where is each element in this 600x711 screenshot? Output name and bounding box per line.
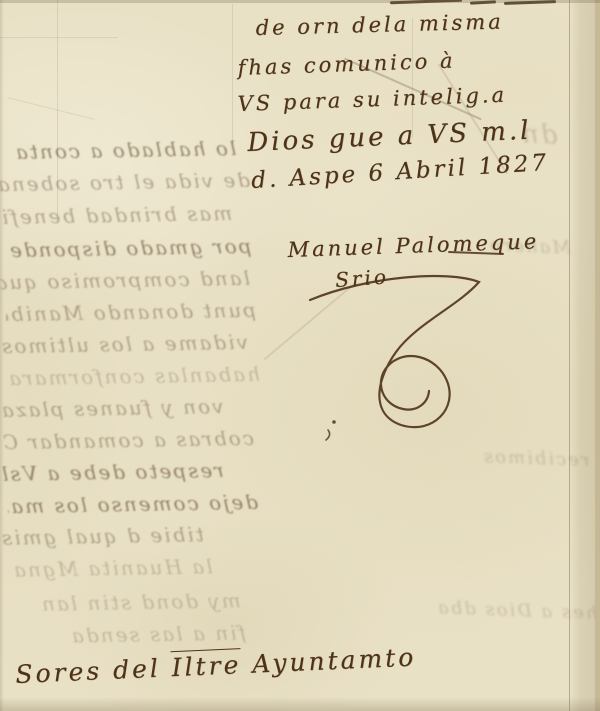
page-bottom-edge-shadow	[0, 697, 600, 711]
page-left-edge-shadow	[0, 0, 4, 711]
paper-crease	[232, 4, 233, 144]
bleedthrough-line: la Huanita Mgna	[12, 554, 213, 581]
bleedthrough-line: mas brindad benefi	[0, 201, 232, 229]
bleedthrough-line: my dond stin lan	[40, 588, 241, 615]
page-right-edge	[595, 0, 600, 711]
bleedthrough-line: por gmado disponde	[8, 234, 252, 262]
page-top-edge-shadow	[0, 0, 600, 3]
letter-body-line: fhas comunico à	[237, 48, 456, 80]
bleedthrough-line: lo hablado a conta	[14, 136, 237, 164]
bleedthrough-line: habanlas conformara	[10, 362, 260, 390]
footer-address-pre: Sores del	[15, 653, 173, 689]
letter-body-line: de orn dela misma	[255, 10, 504, 40]
letter-dateline: d. Aspe 6 Abril 1827	[250, 150, 549, 194]
manuscript-scan-page: lo hablado a conta de vida el tro sobena…	[0, 0, 600, 711]
footer-address-line: Sores del Iltre Ayuntamto	[15, 643, 417, 689]
letter-valediction: Dios gue a VS m.l	[247, 116, 532, 158]
signature-rubric-flourish	[298, 272, 498, 442]
bleedthrough-line: dejo comenso los mas	[8, 490, 258, 518]
footer-address-post: Ayuntamto	[241, 643, 417, 680]
bleedthrough-line: de vida el tro sobena	[0, 168, 250, 196]
bleedthrough-line: respeto debe a Vsl	[0, 458, 224, 486]
bleedthrough-line: tibie d qual gmis	[0, 522, 204, 550]
bleedthrough-line: von y fuanes plaza	[0, 394, 224, 422]
paper-crease	[0, 37, 118, 38]
bleedthrough-line: punt donando Maniba	[6, 298, 256, 326]
bleedthrough-line: vidame a los ultimos	[0, 330, 248, 358]
paper-crease	[7, 97, 95, 120]
footer-address-abbreviation: Iltre	[171, 648, 242, 682]
bleedthrough-line: fin a las senda	[70, 620, 246, 647]
signature-name: Manuel Palomeque	[287, 229, 539, 262]
bleedthrough-line: land compromiso qual	[0, 266, 250, 294]
bleedthrough-line: cobras a comandar C	[4, 426, 254, 454]
